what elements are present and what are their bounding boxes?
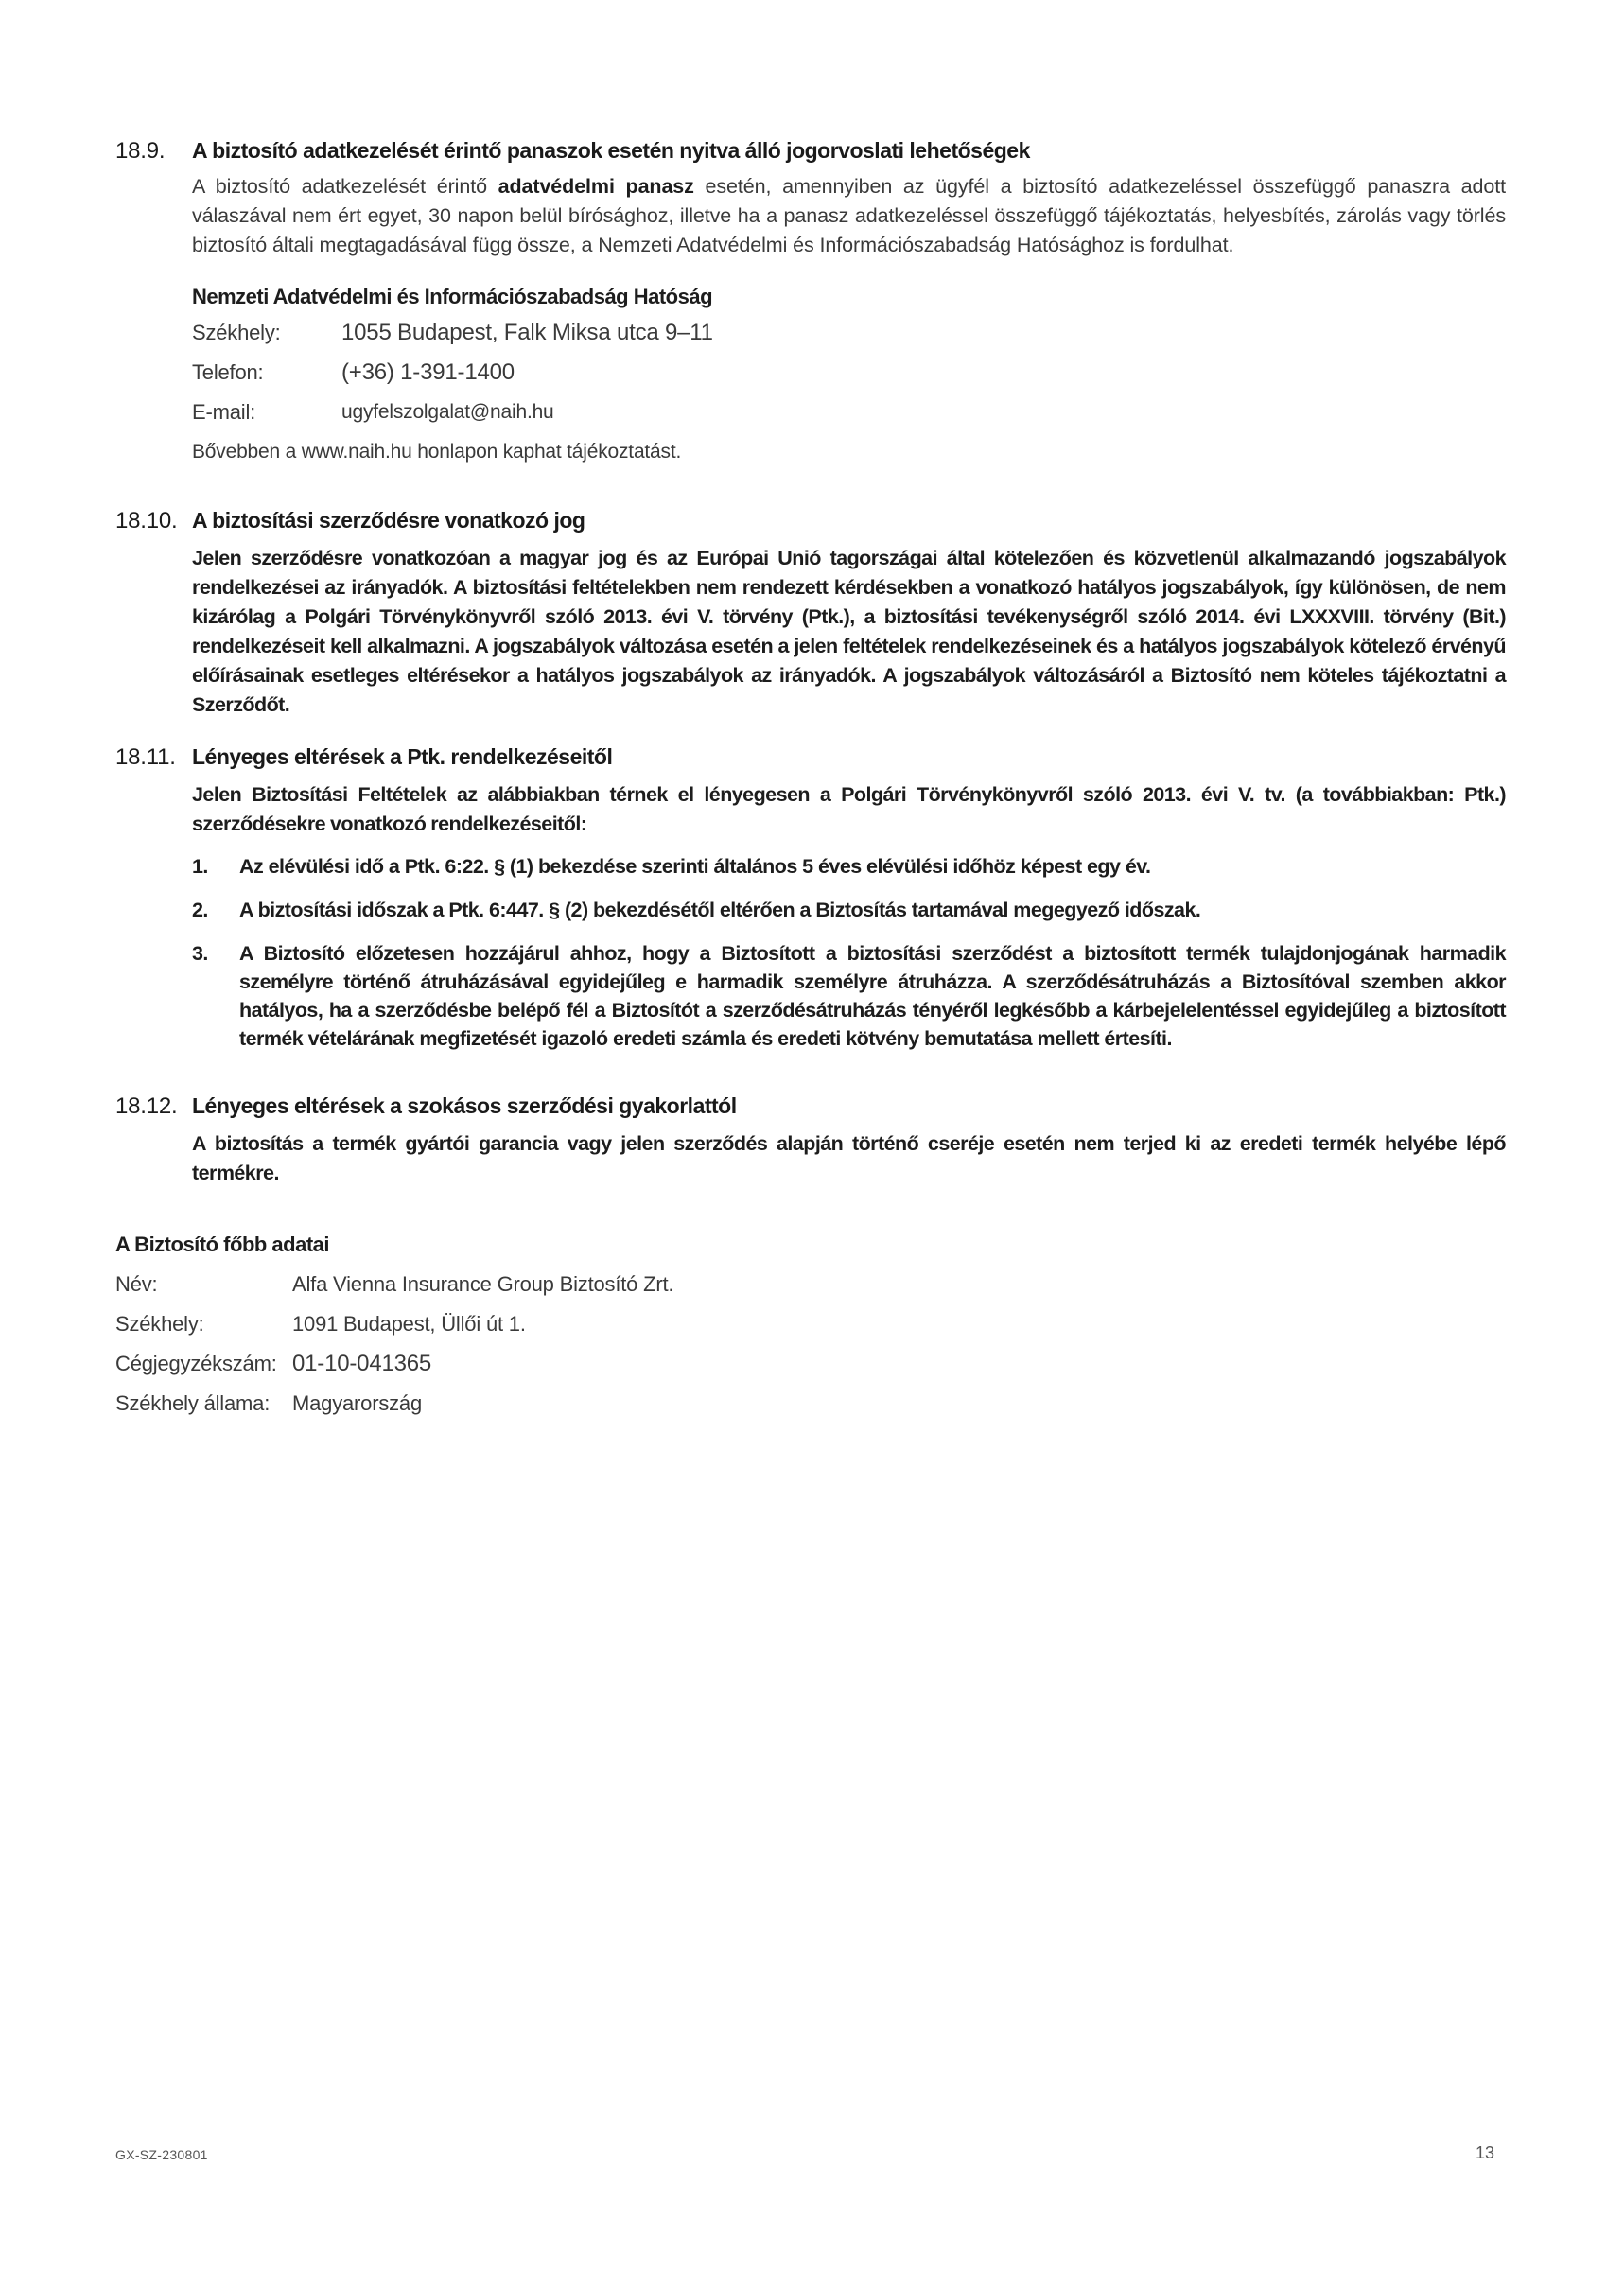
- section-heading: 18.11. Lényeges eltérések a Ptk. rendelk…: [115, 744, 1506, 771]
- section-18-12: 18.12. Lényeges eltérések a szokásos sze…: [115, 1093, 1506, 1188]
- insurer-details: A Biztosító főbb adatai Név: Alfa Vienna…: [115, 1232, 967, 1424]
- section-title: A biztosító adatkezelését érintő panaszo…: [192, 138, 1506, 164]
- list-number: 3.: [192, 939, 239, 1053]
- row-value: 1055 Budapest, Falk Miksa utca 9–11: [341, 320, 713, 346]
- section-title: A biztosítási szerződésre vonatkozó jog: [192, 508, 1506, 533]
- insurer-row-address: Székhely: 1091 Budapest, Üllői út 1.: [115, 1304, 967, 1344]
- insurer-row-country: Székhely állama: Magyarország: [115, 1384, 967, 1424]
- document-page: 18.9. A biztosító adatkezelését érintő p…: [0, 0, 1624, 2272]
- section-number: 18.11.: [115, 744, 192, 771]
- section-body: Jelen Biztosítási Feltételek az alábbiak…: [192, 780, 1506, 839]
- section-heading: 18.12. Lényeges eltérések a szokásos sze…: [115, 1093, 1506, 1120]
- section-18-9: 18.9. A biztosító adatkezelését érintő p…: [115, 138, 1506, 472]
- document-code: GX-SZ-230801: [115, 2147, 208, 2162]
- section-title: Lényeges eltérések a Ptk. rendelkezéseit…: [192, 744, 1506, 770]
- row-value: 1091 Budapest, Üllői út 1.: [292, 1312, 526, 1337]
- section-body: A biztosítás a termék gyártói garancia v…: [192, 1129, 1506, 1188]
- section-number: 18.9.: [115, 138, 192, 165]
- row-value: 01-10-041365: [292, 1351, 431, 1377]
- row-label: Név:: [115, 1272, 292, 1297]
- list-item: 3. A Biztosító előzetesen hozzájárul ahh…: [192, 939, 1506, 1053]
- authority-contact-table: Székhely: 1055 Budapest, Falk Miksa utca…: [115, 313, 1506, 472]
- row-label: Székhely:: [192, 321, 341, 345]
- row-value: Magyarország: [292, 1391, 422, 1416]
- page-number: 13: [1476, 2143, 1494, 2163]
- row-label: Cégjegyzékszám:: [115, 1352, 292, 1376]
- row-label: E-mail:: [192, 400, 341, 425]
- section-heading: 18.9. A biztosító adatkezelését érintő p…: [115, 138, 1506, 165]
- deviation-list: 1. Az elévülési idő a Ptk. 6:22. § (1) b…: [192, 852, 1506, 1053]
- list-number: 1.: [192, 852, 239, 881]
- list-item: 1. Az elévülési idő a Ptk. 6:22. § (1) b…: [192, 852, 1506, 881]
- authority-row-email: E-mail: ugyfelszolgalat@naih.hu: [192, 393, 1506, 432]
- insurer-row-registration: Cégjegyzékszám: 01-10-041365: [115, 1344, 967, 1384]
- insurer-details-title: A Biztosító főbb adatai: [115, 1232, 967, 1265]
- list-number: 2.: [192, 896, 239, 924]
- section-heading: 18.10. A biztosítási szerződésre vonatko…: [115, 508, 1506, 534]
- body-text: A biztosító adatkezelését érintő: [192, 175, 498, 198]
- list-item: 2. A biztosítási időszak a Ptk. 6:447. §…: [192, 896, 1506, 924]
- authority-website-note: Bővebben a www.naih.hu honlapon kaphat t…: [192, 432, 1506, 472]
- section-title: Lényeges eltérések a szokásos szerződési…: [192, 1093, 1506, 1119]
- row-value: Alfa Vienna Insurance Group Biztosító Zr…: [292, 1272, 673, 1297]
- list-text: Az elévülési idő a Ptk. 6:22. § (1) beke…: [239, 852, 1506, 881]
- row-label: Székhely:: [115, 1312, 292, 1337]
- body-emphasis: adatvédelmi panasz: [498, 175, 694, 198]
- section-body: A biztosító adatkezelését érintő adatvéd…: [192, 172, 1506, 260]
- authority-row-phone: Telefon: (+36) 1-391-1400: [192, 353, 1506, 393]
- email-link[interactable]: ugyfelszolgalat@naih.hu: [341, 401, 554, 424]
- section-18-10: 18.10. A biztosítási szerződésre vonatko…: [115, 508, 1506, 720]
- row-label: Székhely állama:: [115, 1391, 292, 1416]
- authority-row-address: Székhely: 1055 Budapest, Falk Miksa utca…: [192, 313, 1506, 353]
- list-text: A biztosítási időszak a Ptk. 6:447. § (2…: [239, 896, 1506, 924]
- insurer-row-name: Név: Alfa Vienna Insurance Group Biztosí…: [115, 1265, 967, 1304]
- section-body: Jelen szerződésre vonatkozóan a magyar j…: [192, 544, 1506, 720]
- section-number: 18.10.: [115, 508, 192, 534]
- list-text: A Biztosító előzetesen hozzájárul ahhoz,…: [239, 939, 1506, 1053]
- authority-name: Nemzeti Adatvédelmi és Információszabads…: [192, 285, 1506, 309]
- section-18-11: 18.11. Lényeges eltérések a Ptk. rendelk…: [115, 744, 1506, 1068]
- row-value: (+36) 1-391-1400: [341, 359, 515, 386]
- row-label: Telefon:: [192, 360, 341, 385]
- section-number: 18.12.: [115, 1093, 192, 1120]
